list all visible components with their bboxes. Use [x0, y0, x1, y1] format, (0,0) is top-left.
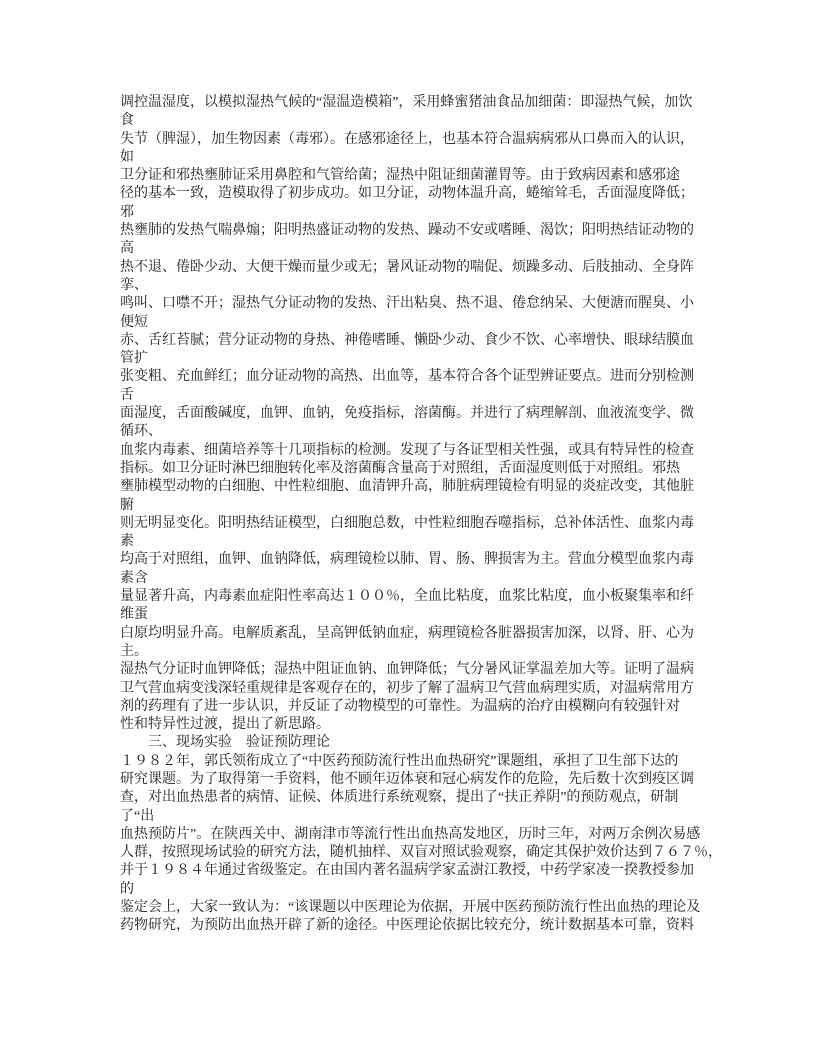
text-line: 素: [120, 533, 720, 551]
text-line: 白原均明显升高。电解质紊乱，呈高钾低钠血症，病理镜检各脏器损害加深，以肾、肝、心…: [120, 625, 720, 643]
text-line: 腑: [120, 497, 720, 515]
text-line: １９８２年，郭氏领衔成立了“中医药预防流行性出血热研究”课题组，承担了卫生部下达…: [120, 753, 720, 771]
text-line: 高: [120, 240, 720, 258]
text-line: 如: [120, 149, 720, 167]
text-line: 血热预防片”。在陕西关中、湖南津市等流行性出血热高发地区，历时三年，对两万余例次…: [120, 826, 720, 844]
text-line: 管扩: [120, 350, 720, 368]
text-line: 邪: [120, 204, 720, 222]
text-line: 便短: [120, 314, 720, 332]
text-line: 循环、: [120, 423, 720, 441]
document-page: 调控温湿度，以模拟湿热气候的“湿温造模箱”，采用蜂蜜猪油食品加细菌：即湿热气候，…: [0, 0, 816, 1056]
text-line: 卫气营血病变浅深轻重规律是客观存在的，初步了解了温病卫气营血病理实质，对温病常用…: [120, 680, 720, 698]
text-line: 量显著升高，内毒素血症阳性率高达１００％，全血比粘度，血浆比粘度，血小板聚集率和…: [120, 588, 720, 606]
text-line: 赤、舌红苔腻；营分证动物的身热、神倦嗜睡、懒卧少动、食少不饮、心率增快、眼球结膜…: [120, 332, 720, 350]
text-line: 均高于对照组，血钾、血钠降低，病理镜检以肺、胃、肠、脾损害为主。营血分模型血浆内…: [120, 551, 720, 569]
text-line: 剂的药理有了进一步认识，并反证了动物模型的可靠性。为温病的治疗由模糊向有较强针对: [120, 698, 720, 716]
text-line: 主。: [120, 643, 720, 661]
text-line: 热不退、倦卧少动、大便干燥而量少或无；暑风证动物的喘促、烦躁多动、后肢抽动、全身…: [120, 259, 720, 277]
text-line: 指标。如卫分证时淋巴细胞转化率及溶菌酶含量高于对照组，舌面湿度则低于对照组。邪热: [120, 460, 720, 478]
text-line: 鸣叫、口噤不开；湿热气分证动物的发热、汗出粘臭、热不退、倦怠纳呆、大便溏而腥臭、…: [120, 295, 720, 313]
text-line: 则无明显变化。阳明热结证模型，白细胞总数，中性粒细胞吞噬指标，总补体活性、血浆内…: [120, 515, 720, 533]
text-line: 径的基本一致，造模取得了初步成功。如卫分证，动物体温升高，蜷缩耸毛，舌面湿度降低…: [120, 185, 720, 203]
text-line: 查，对出血热患者的病情、证候、体质进行系统观察，提出了“扶正养阴”的预防观点，研…: [120, 789, 720, 807]
text-line: 性和特异性过渡，提出了新思路。: [120, 716, 720, 734]
text-line: 热壅肺的发热气喘鼻煽；阳明热盛证动物的发热、躁动不安或嗜睡、渴饮；阳明热结证动物…: [120, 222, 720, 240]
text-line: 调控温湿度，以模拟湿热气候的“湿温造模箱”，采用蜂蜜猪油食品加细菌：即湿热气候，…: [120, 94, 720, 112]
text-line: 药物研究，为预防出血热开辟了新的途径。中医理论依据比较充分，统计数据基本可靠，资…: [120, 917, 720, 935]
text-line: 壅肺模型动物的白细胞、中性粒细胞、血清钾升高，肺脏病理镜检有明显的炎症改变，其他…: [120, 478, 720, 496]
text-line: 失节（脾湿），加生物因素（毒邪）。在感邪途径上，也基本符合温病病邪从口鼻而入的认…: [120, 131, 720, 149]
text-line: 舌: [120, 387, 720, 405]
text-line: 并于１９８４年通过省级鉴定。在由国内著名温病学家孟澍江教授，中药学家凌一揆教授参…: [120, 862, 720, 880]
text-line: 研究课题。为了取得第一手资料，他不顾年迈体衰和冠心病发作的危险，先后数十次到疫区…: [120, 771, 720, 789]
text-line: 血浆内毒素、细菌培养等十几项指标的检测。发现了与各证型相关性强，或具有特异性的检…: [120, 442, 720, 460]
text-line: 挛、: [120, 277, 720, 295]
text-line: 鉴定会上，大家一致认为：“该课题以中医理论为依据，开展中医药预防流行性出血热的理…: [120, 899, 720, 917]
text-line: 维蛋: [120, 606, 720, 624]
text-line: 了“出: [120, 808, 720, 826]
text-line: 的: [120, 881, 720, 899]
text-line: 三、现场实验 验证预防理论: [120, 734, 720, 752]
text-line: 食: [120, 112, 720, 130]
text-line: 卫分证和邪热壅肺证采用鼻腔和气管给菌；湿热中阻证细菌灌胃等。由于致病因素和感邪途: [120, 167, 720, 185]
text-line: 人群，按照现场试验的研究方法，随机抽样、双盲对照试验观察，确定其保护效价达到７６…: [120, 844, 720, 862]
text-line: 湿热气分证时血钾降低；湿热中阻证血钠、血钾降低；气分暑风证掌温差加大等。证明了温…: [120, 661, 720, 679]
text-line: 面湿度，舌面酸碱度，血钾、血钠，免疫指标，溶菌酶。并进行了病理解剖、血液流变学、…: [120, 405, 720, 423]
text-line: 素含: [120, 570, 720, 588]
document-body: 调控温湿度，以模拟湿热气候的“湿温造模箱”，采用蜂蜜猪油食品加细菌：即湿热气候，…: [120, 94, 720, 936]
text-line: 张变粗、充血鲜红；血分证动物的高热、出血等，基本符合各个证型辨证要点。进而分别检…: [120, 368, 720, 386]
